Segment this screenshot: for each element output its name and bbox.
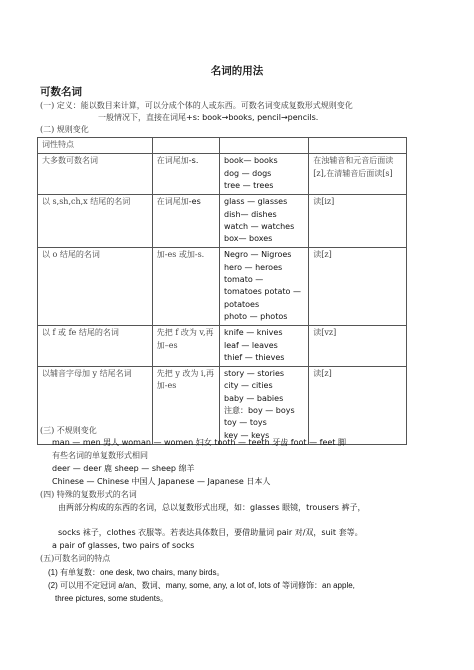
pronunciation-cell: 读[iz] (309, 195, 407, 248)
noun-type-cell: 大多数可数名词 (38, 154, 153, 195)
example: photo — photos (224, 311, 304, 323)
regular-change-label: (二) 规则变化 (40, 124, 89, 135)
irregular-change-label: (三) 不规则变化 (40, 425, 97, 436)
example: watch — watches (224, 221, 304, 233)
pronunciation-cell: 读[z] (309, 248, 407, 326)
table-row: 以 f 或 fe 结尾的名词 先把 f 改为 v,再加–es knife — k… (38, 326, 407, 367)
example: baby — babies (224, 393, 304, 405)
general-rule-example: +s: book→books, pencil→pencils. (186, 113, 318, 122)
table-row: 以 o 结尾的名词 加-es 或加-s. Negro — Nigroes her… (38, 248, 407, 326)
special-plural-line: socks 袜子，clothes 衣服等。若表达具体数目，要借助量词 pair … (58, 527, 363, 538)
table-row: 大多数可数名词 在词尾加-s. book— books dog — dogs t… (38, 154, 407, 195)
example: dish— dishes (224, 209, 304, 221)
section-heading: 可数名词 (40, 84, 82, 99)
irregular-line: deer — deer 鹿 sheep — sheep 绵羊 (52, 463, 195, 474)
pronunciation-cell: 在浊辅音和元音后面读[z],在清辅音后面读[s] (309, 154, 407, 195)
example: box— boxes (224, 233, 304, 245)
pronunciation-cell: 读[vz] (309, 326, 407, 367)
feature-item-continued: three pictures, some students。 (55, 593, 168, 604)
feature-item: (2) 可以用不定冠词 a/an、数词、many, some, any, a l… (48, 580, 355, 591)
example: tree — trees (224, 180, 304, 192)
table-row: 以 s,sh,ch,x 结尾的名词 在词尾加-es glass — glasse… (38, 195, 407, 248)
example: thief — thieves (224, 352, 304, 364)
general-rule-prefix: 一般情况下，直接在词尾 (98, 113, 186, 122)
rule-cell: 在词尾加-s. (152, 154, 219, 195)
example: hero — heroes (224, 262, 304, 274)
noun-type-cell: 以 f 或 fe 结尾的名词 (38, 326, 153, 367)
example: tomato — (224, 274, 304, 286)
example: leaf — leaves (224, 340, 304, 352)
special-plural-example: a pair of glasses, two pairs of socks (52, 540, 194, 551)
examples-cell: book— books dog — dogs tree — trees (219, 154, 308, 195)
table-header-cell: 词性特点 (38, 138, 153, 154)
noun-type-cell: 以 s,sh,ch,x 结尾的名词 (38, 195, 153, 248)
general-rule: 一般情况下，直接在词尾+s: book→books, pencil→pencil… (98, 112, 318, 123)
rule-cell: 先把 f 改为 v,再加–es (152, 326, 219, 367)
pronunciation-cell: 读[z] (309, 367, 407, 445)
table-header-cell (152, 138, 219, 154)
example: potatoes (224, 299, 304, 311)
table-header-cell (219, 138, 308, 154)
rule-cell: 加-es 或加-s. (152, 248, 219, 326)
examples-cell: Negro — Nigroes hero — heroes tomato — t… (219, 248, 308, 326)
special-plural-line: 由两部分构成的东西的名词，总以复数形式出现，如：glasses 眼镜，trous… (58, 502, 365, 513)
rule-cell: 在词尾加-es (152, 195, 219, 248)
examples-cell: knife — knives leaf — leaves thief — thi… (219, 326, 308, 367)
document-title: 名词的用法 (0, 63, 474, 78)
example: Negro — Nigroes (224, 249, 304, 261)
example: knife — knives (224, 327, 304, 339)
example: glass — glasses (224, 196, 304, 208)
irregular-line: man — men 男人 woman — women 妇女 tooth — te… (52, 437, 346, 448)
example: toy — toys (224, 417, 304, 429)
example: dog — dogs (224, 168, 304, 180)
example: city — cities (224, 380, 304, 392)
examples-cell: story — stories city — cities baby — bab… (219, 367, 308, 445)
examples-cell: glass — glasses dish— dishes watch — wat… (219, 195, 308, 248)
regular-change-table: 词性特点 大多数可数名词 在词尾加-s. book— books dog — d… (37, 137, 407, 445)
noun-type-cell: 以 o 结尾的名词 (38, 248, 153, 326)
example: book— books (224, 155, 304, 167)
feature-item: (1) 有单复数：one desk, two chairs, many bird… (48, 567, 225, 578)
features-label: (五)可数名词的特点 (40, 553, 110, 564)
example: 注意：boy — boys (224, 405, 304, 417)
example: tomatoes potato — (224, 286, 304, 298)
special-plural-label: (四) 特殊的复数形式的名词 (40, 489, 137, 500)
rule-cell: 先把 y 改为 i,再加-es (152, 367, 219, 445)
definition-text: (一) 定义：能以数目来计算，可以分成个体的人或东西。可数名词变成复数形式规则变… (40, 100, 353, 111)
example: story — stories (224, 368, 304, 380)
irregular-line: 有些名词的单复数形式相同 (52, 450, 148, 461)
irregular-line: Chinese — Chinese 中国人 Japanese — Japanes… (52, 476, 270, 487)
table-header-row: 词性特点 (38, 138, 407, 154)
table-header-cell (309, 138, 407, 154)
